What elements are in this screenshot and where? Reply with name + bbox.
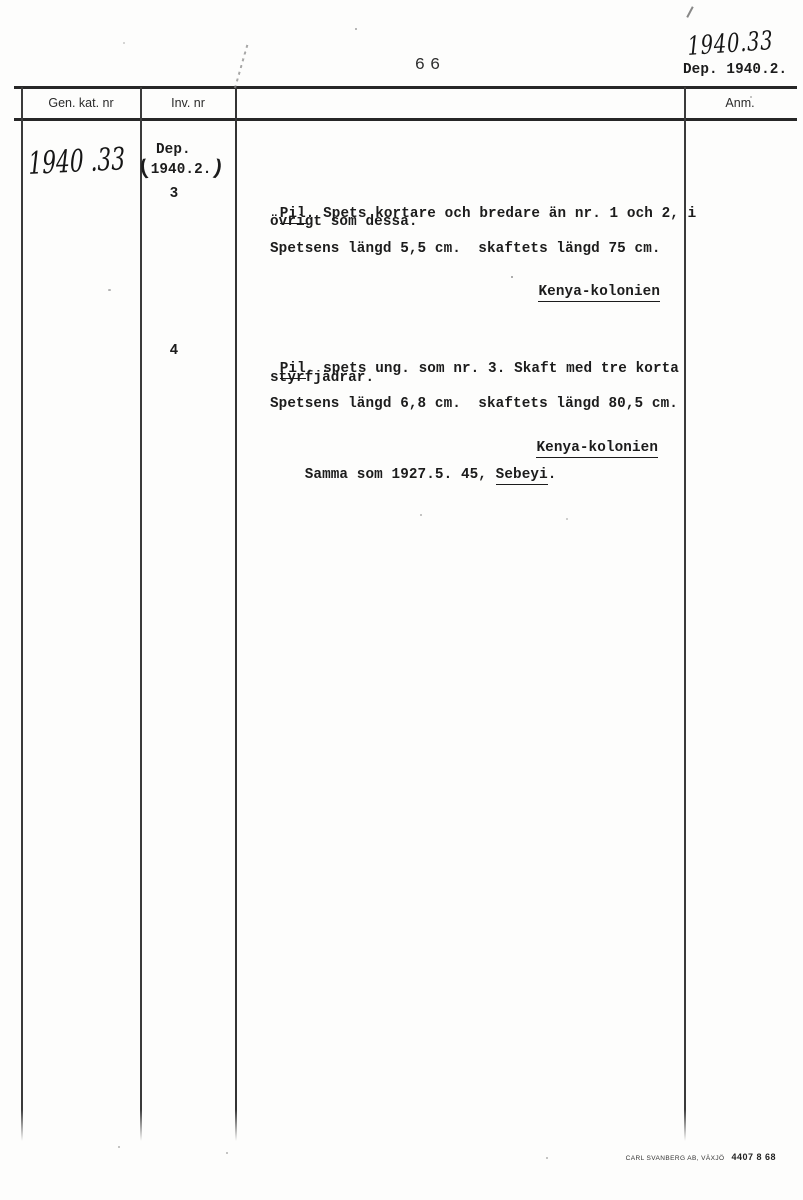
dep-paren-close: ) — [209, 156, 227, 184]
cross-reference-text: Samma som 1927.5. 45, — [305, 467, 496, 483]
pencil-mark — [686, 6, 693, 17]
table-top-border — [14, 86, 797, 89]
scan-speckle — [566, 518, 568, 520]
cross-reference: Samma som 1927.5. 45, Sebeyi. — [270, 449, 556, 503]
scan-speckle — [226, 1152, 228, 1154]
scan-speckle — [108, 289, 111, 291]
column-header-gen-kat-nr: Gen. kat. nr — [22, 96, 140, 110]
inv-nr-3: 3 — [166, 186, 182, 204]
column-divider-gen-inv — [140, 87, 142, 1141]
catalog-page: { "page": { "number": "66", "corner_ref_… — [0, 0, 803, 1200]
entry-measurements: Spetsens längd 6,8 cm. skaftets längd 80… — [270, 396, 678, 414]
dep-number: 1940.2. — [151, 162, 212, 180]
corner-ref-handwritten: 1940.33 — [687, 26, 774, 62]
gen-kat-nr-handwritten: 1940 .33 — [28, 141, 125, 182]
dep-paren-open: ( — [136, 156, 152, 184]
scan-speckle — [750, 96, 752, 98]
scan-speckle — [511, 276, 513, 278]
scan-speckle — [123, 42, 125, 44]
pencil-mark — [234, 45, 249, 90]
cross-reference-period: . — [548, 467, 557, 483]
column-header-inv-nr: Inv. nr — [141, 96, 235, 110]
origin-label: Kenya-kolonien — [470, 266, 660, 320]
origin-text: Kenya-kolonien — [538, 284, 660, 302]
table-border-left — [21, 87, 23, 1141]
column-header-anm: Anm. — [685, 96, 795, 110]
scan-speckle — [118, 1146, 120, 1148]
corner-dep-number: Dep. 1940.2. — [683, 62, 787, 80]
scan-speckle — [546, 1157, 548, 1159]
entry-measurements: Spetsens längd 5,5 cm. skaftets längd 75… — [270, 241, 661, 259]
scan-speckle — [355, 28, 357, 30]
page-number: 66 — [400, 56, 460, 75]
cross-reference-name: Sebeyi — [496, 467, 548, 485]
inv-nr-4: 4 — [166, 343, 182, 361]
column-divider-main-anm — [684, 87, 686, 1141]
entry-line: övrigt som dessa. — [270, 214, 418, 232]
entry-line: styrfjädrar. — [270, 370, 374, 388]
dep-number-group: ( 1940.2. ) — [138, 158, 224, 184]
table-header-bottom-border — [14, 118, 797, 121]
printer-code: 4407 8 68 — [731, 1152, 776, 1162]
printer-imprint: CARL SVANBERG AB, VÄXJÖ — [626, 1155, 725, 1162]
column-divider-inv-main — [235, 87, 237, 1141]
scan-speckle — [420, 514, 422, 516]
printer-imprint-group: CARL SVANBERG AB, VÄXJÖ 4407 8 68 — [560, 1152, 776, 1162]
